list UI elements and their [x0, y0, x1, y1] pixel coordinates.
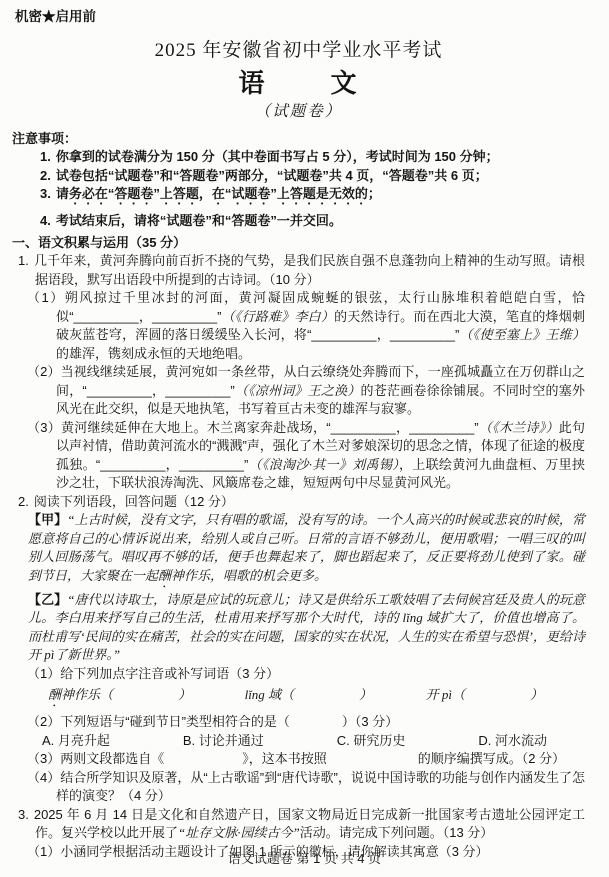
q1-item1-text-c: 的雄浑，镌刻成永恒的天地绝唱。 [56, 346, 251, 361]
question-2-item-4: （4）结合所学知识及原著，从“上古歌谣”到“唐代诗歌”，说说中国诗歌的功能与创作… [27, 769, 585, 806]
pinyin-answer-row: 酬神作乐（ ）lǐng 域（ ）开 pì（ ） [48, 686, 543, 710]
notice-item-1: 1.你拿到的试卷满分为 150 分（其中卷面书写占 5 分），考试时间为 150… [40, 148, 585, 167]
pinyin-blank-chou-emphasized-char: 酬 [48, 687, 61, 702]
pinyin-blank-pi: 开 pì（ ） [426, 686, 543, 710]
pinyin-blank-chou-text: 神作乐（ ） [61, 687, 191, 702]
question-3: 3.2025 年 6 月 14 日是文化和自然遗产日，国家文物局近日完成新一批国… [18, 806, 585, 843]
notice-item-3-suffix: ； [368, 186, 381, 201]
pinyin-blank-chou: 酬神作乐（ ） [48, 686, 191, 710]
passage-yi-label: 【乙】 [28, 592, 67, 607]
q1-item3-number: （3） [27, 420, 61, 435]
notice-item-4-text: 考试结束后，请将“试题卷”和“答题卷”一并交回。 [56, 213, 342, 228]
notice-item-1-number: 1. [40, 149, 51, 164]
q2-item3-text: 两则文段都选自《 》，这本书按照 的顺序编撰写成。（2 分） [60, 751, 565, 766]
pinyin-blank-ling: lǐng 域（ ） [245, 686, 372, 710]
notice-item-3: 3.请务必在“答题卷”上答题，在“试题卷”上答题是无效的； [40, 185, 585, 208]
q2-item1-number: （1） [27, 666, 60, 681]
exam-title: 2025 年安徽省初中学业水平考试 [12, 39, 585, 63]
notice-item-2: 2.试卷包括“试题卷”和“答题卷”两部分，“试题卷”共 4 页，“答题卷”共 6… [40, 167, 585, 186]
question-3-number: 3. [18, 807, 29, 822]
question-3-text-b: 活动。请完成下列问题。（13 分） [300, 825, 494, 840]
question-2-item-2: （2）下列短语与“碰到节日”类型相符合的是（ ）（3 分） [27, 713, 585, 732]
q1-item2-number: （2） [27, 364, 61, 379]
notice-item-1-text: 你拿到的试卷满分为 150 分（其中卷面书写占 5 分），考试时间为 150 分… [56, 149, 499, 164]
question-2-item-1: （1）给下列加点字注音或补写词语（3 分） [27, 665, 585, 684]
notice-item-2-number: 2. [40, 168, 51, 183]
notice-item-3-number: 3. [40, 186, 51, 201]
question-1-item-1: （1）朔风掠过千里冰封的河面，黄河凝固成蜿蜒的银弦，太行山脉堆积着皑皑白雪，恰似… [27, 289, 585, 363]
option-c: C. 研究历史 [337, 732, 406, 751]
q1-item2-source-liangzhouci: （《凉州词》王之涣） [235, 383, 361, 398]
passage-yi: 【乙】“唐代以诗取士，诗原是应试的玩意儿；诗又是供给乐工歌妓唱了去伺候宫廷及贵人… [28, 591, 585, 665]
question-2-item-3: （3）两则文段都选自《 》，这本书按照 的顺序编撰写成。（2 分） [27, 750, 585, 769]
paper-type-label: （试题卷） [12, 102, 585, 122]
q1-item3-source-langtaosha: （《浪淘沙·其一》刘禹锡） [248, 457, 399, 472]
question-1-item-2: （2）当视线继续延展，黄河宛如一条丝带，从白云缭绕处奔腾而下，一座孤城矗立在万仞… [27, 363, 585, 419]
question-1-number: 1. [18, 253, 29, 268]
passage-jia-text-b: 神作乐，唱歌的机会更多。 [171, 568, 327, 583]
q1-item3-text-a: 黄河继续延伸在大地上。木兰离家奔赴战场，“_________，_________… [61, 420, 479, 435]
subject-char-2: 文 [331, 68, 359, 98]
subject-char-1: 语 [238, 68, 266, 98]
question-1-item-3: （3）黄河继续延伸在大地上。木兰离家奔赴战场，“_________，______… [27, 419, 585, 493]
passage-yi-text: “唐代以诗取士，诗原是应试的玩意儿；诗又是供给乐工歌妓唱了去伺候宫廷及贵人的玩意… [28, 592, 585, 663]
question-2: 2.阅读下列语段，回答问题（12 分） [18, 493, 585, 512]
exam-paper-page: 机密★启用前 2025 年安徽省初中学业水平考试 语文 （试题卷） 注意事项： … [0, 0, 609, 877]
q2-item4-number: （4） [27, 770, 60, 785]
question-3-activity-name: “址存文脉·园续古今” [178, 825, 300, 840]
section-1-heading: 一、语文积累与运用（35 分） [12, 234, 585, 253]
question-1-intro: 几千年来，黄河奔腾向前百折不挠的气势，是我们民族自强不息蓬勃向上精神的生动写照。… [34, 253, 585, 287]
option-b: B. 讨论并通过 [183, 732, 264, 751]
q1-item1-number: （1） [27, 290, 65, 305]
q1-item1-source-shizhisaishang: （《使至塞上》王维） [459, 327, 585, 342]
passage-jia-label: 【甲】 [28, 512, 67, 527]
page-footer: 语文试题卷 第 1 页 共 4 页 [0, 850, 609, 869]
option-a: A. 月亮升起 [42, 732, 110, 751]
passage-jia-emphasized-char: 酬 [158, 568, 171, 583]
q2-item3-number: （3） [27, 751, 60, 766]
notice-heading: 注意事项： [12, 130, 585, 149]
notice-item-4-number: 4. [40, 213, 51, 228]
q2-item4-text: 结合所学知识及原著，从“上古歌谣”到“唐代诗歌”，说说中国诗歌的功能与创作内涵发… [56, 770, 585, 804]
classification-label: 机密★启用前 [15, 8, 585, 27]
passage-jia: 【甲】“上古时候，没有文字，只有唱的歌谣，没有写的诗。一个人高兴的时候或悲哀的时… [28, 511, 585, 591]
question-2-intro: 阅读下列语段，回答问题（12 分） [34, 494, 234, 509]
option-d: D. 河水流动 [478, 732, 547, 751]
q2-item2-text: 下列短语与“碰到节日”类型相符合的是（ ）（3 分） [60, 714, 398, 729]
subject-title: 语文 [12, 68, 585, 98]
notice-item-4: 4.考试结束后，请将“试题卷”和“答题卷”一并交回。 [40, 212, 585, 231]
notice-item-3-prefix: 请 [56, 186, 69, 201]
question-2-number: 2. [18, 494, 29, 509]
notice-item-3-emphasized-text: 务必在“答题卷”上答题，在“试题卷”上答题是无效的 [69, 186, 368, 201]
q1-item1-source-xinglunan: （《行路难》李白） [221, 309, 334, 324]
q2-item2-options-row: A. 月亮升起B. 讨论并通过C. 研究历史D. 河水流动 [42, 732, 547, 751]
notice-item-2-text: 试卷包括“试题卷”和“答题卷”两部分，“试题卷”共 4 页，“答题卷”共 6 页… [56, 168, 488, 183]
q2-item2-number: （2） [27, 714, 60, 729]
question-1: 1.几千年来，黄河奔腾向前百折不挠的气势，是我们民族自强不息蓬勃向上精神的生动写… [18, 252, 585, 289]
q2-item1-text: 给下列加点字注音或补写词语（3 分） [60, 666, 279, 681]
q1-item3-source-mulanshi: （《木兰诗》） [479, 420, 559, 435]
